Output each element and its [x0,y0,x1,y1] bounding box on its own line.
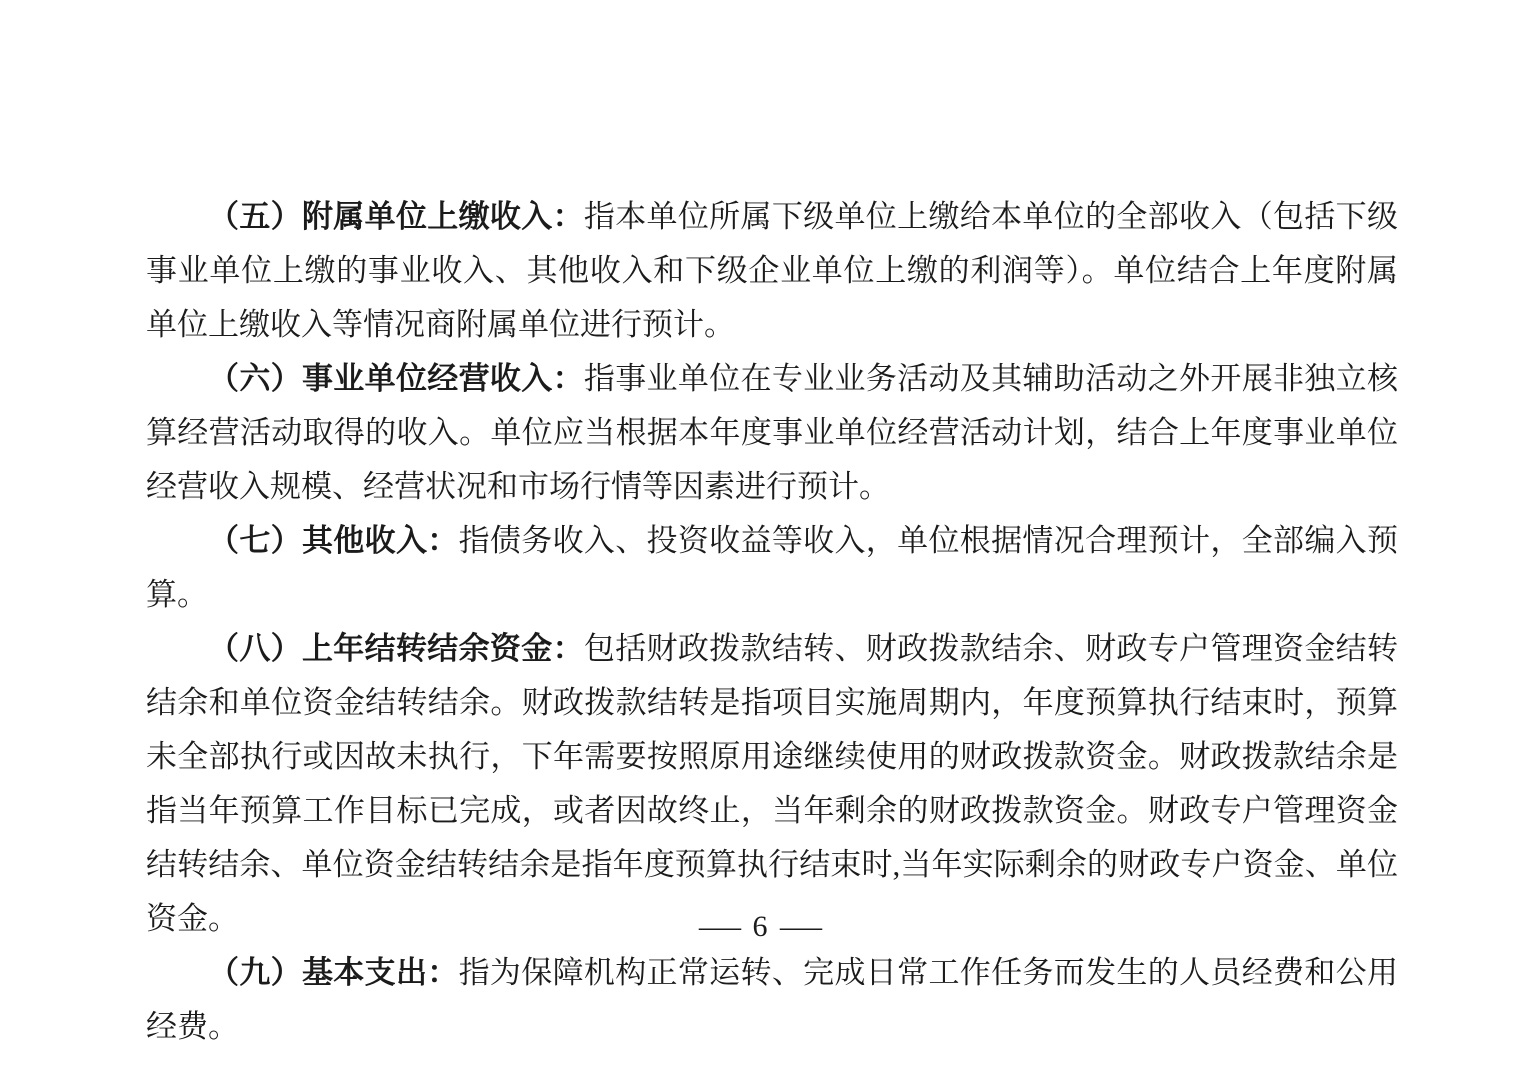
page-number-dash-right: — [763,905,839,949]
paragraph-lead: （七）其他收入： [208,523,459,558]
paragraph-lead: （八）上年结转结余资金： [208,631,584,666]
paragraph-body: 包括财政拨款结转、财政拨款结余、财政专户管理资金结转结余和单位资金结转结余。财政… [146,631,1398,936]
page-number: —6— [0,905,1520,949]
paragraph-6-operating-income: （六）事业单位经营收入：指事业单位在专业业务活动及其辅助活动之外开展非独立核算经… [146,352,1398,514]
paragraph-lead: （六）事业单位经营收入： [208,361,584,396]
paragraph-8-carryover-funds: （八）上年结转结余资金：包括财政拨款结转、财政拨款结余、财政专户管理资金结转结余… [146,622,1398,946]
paragraph-9-basic-expenditure: （九）基本支出：指为保障机构正常运转、完成日常工作任务而发生的人员经费和公用经费… [146,946,1398,1054]
paragraph-5-affiliated-unit-income: （五）附属单位上缴收入：指本单位所属下级单位上缴给本单位的全部收入（包括下级事业… [146,190,1398,352]
paragraph-7-other-income: （七）其他收入：指债务收入、投资收益等收入，单位根据情况合理预计，全部编入预算。 [146,514,1398,622]
page-number-dash-left: — [682,905,758,949]
paragraph-lead: （五）附属单位上缴收入： [208,199,584,234]
paragraph-lead: （九）基本支出： [208,955,459,990]
